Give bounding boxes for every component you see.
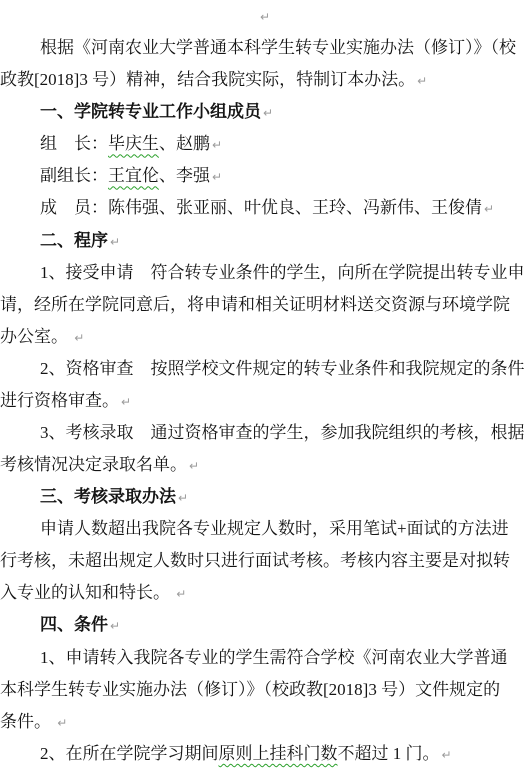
text-segment: 二、程序: [40, 231, 108, 250]
heading-line: 二、程序↵: [0, 225, 528, 257]
text-line: 政教[2018]3 号）精神，结合我院实际，特制订本办法。↵: [0, 64, 528, 96]
text-segment: 本科学生转专业实施办法（修订）》（校政教[2018]3 号）文件规定的: [0, 680, 500, 699]
text-line: 本科学生转专业实施办法（修订）》（校政教[2018]3 号）文件规定的: [0, 674, 528, 706]
text-segment: 考核情况决定录取名单。: [0, 455, 187, 474]
heading-line: 三、考核录取办法↵: [0, 481, 528, 513]
text-segment: 一、学院转专业工作小组成员: [40, 102, 261, 121]
paragraph-mark-icon: ↵: [108, 619, 120, 633]
text-segment: 2、在所在学院学习期间: [40, 744, 219, 763]
text-line: ↵: [0, 0, 528, 32]
text-segment: 、赵鹏: [159, 134, 210, 153]
text-segment: 四、条件: [40, 615, 108, 634]
text-segment: 条件。: [0, 712, 55, 731]
text-segment: 申请人数超出我院各专业规定人数时，采用笔试+面试的方法进: [40, 519, 509, 538]
text-line: 2、在所在学院学习期间原则上挂科门数不超过 1 门。↵: [0, 738, 528, 770]
text-line: 条件。 ↵: [0, 706, 528, 738]
heading-line: 四、条件↵: [0, 609, 528, 641]
text-line: 1、接受申请 符合转专业条件的学生，向所在学院提出转专业申: [0, 257, 528, 289]
paragraph-mark-icon: ↵: [482, 202, 494, 216]
text-segment: 行考核，未超出规定人数时只进行面试考核。考核内容主要是对拟转: [0, 551, 510, 570]
paragraph-mark-icon: ↵: [187, 459, 199, 473]
paragraph-mark-icon: ↵: [210, 170, 222, 184]
text-line: 请，经所在学院同意后，将申请和相关证明材料送交资源与环境学院: [0, 289, 528, 321]
text-line: 成 员：陈伟强、张亚丽、叶优良、王玲、冯新伟、王俊倩↵: [0, 192, 528, 224]
paragraph-mark-icon: ↵: [261, 106, 273, 120]
text-segment: 进行资格审查。: [0, 391, 119, 410]
text-line: 副组长：王宜伦、李强↵: [0, 160, 528, 192]
text-line: 1、申请转入我院各专业的学生需符合学校《河南农业大学普通: [0, 642, 528, 674]
paragraph-mark-icon: ↵: [210, 138, 222, 152]
text-line: 组 长：毕庆生、赵鹏↵: [0, 128, 528, 160]
text-segment: 不超过 1 门。: [338, 744, 440, 763]
text-line: 入专业的认知和特长。 ↵: [0, 577, 528, 609]
text-segment: 、李强: [159, 166, 210, 185]
text-segment: 组 长：: [40, 134, 108, 153]
text-segment: 成 员：陈伟强、张亚丽、叶优良、王玲、冯新伟、王俊倩: [40, 198, 482, 217]
paragraph-mark-icon: ↵: [440, 748, 452, 762]
text-segment: 政教[2018]3 号）精神，结合我院实际，特制订本办法。: [0, 70, 415, 89]
heading-line: 一、学院转专业工作小组成员↵: [0, 96, 528, 128]
word-document-page[interactable]: ↵根据《河南农业大学普通本科学生转专业实施办法（修订）》（校政教[2018]3 …: [0, 0, 528, 770]
text-line: 2、资格审查 按照学校文件规定的转专业条件和我院规定的条件: [0, 353, 528, 385]
text-segment: 入专业的认知和特长。: [0, 583, 174, 602]
paragraph-mark-icon: ↵: [176, 491, 188, 505]
paragraph-mark-icon: ↵: [108, 235, 120, 249]
spellcheck-flagged-text: 毕庆生: [108, 134, 159, 153]
paragraph-mark-icon: ↵: [72, 331, 84, 345]
paragraph-mark-icon: ↵: [119, 395, 131, 409]
text-segment: 办公室。: [0, 327, 72, 346]
text-segment: 1、申请转入我院各专业的学生需符合学校《河南农业大学普通: [40, 648, 508, 667]
text-line: 行考核，未超出规定人数时只进行面试考核。考核内容主要是对拟转: [0, 545, 528, 577]
text-line: 根据《河南农业大学普通本科学生转专业实施办法（修订）》（校: [0, 32, 528, 64]
text-line: 申请人数超出我院各专业规定人数时，采用笔试+面试的方法进: [0, 513, 528, 545]
text-segment: 请，经所在学院同意后，将申请和相关证明材料送交资源与环境学院: [0, 295, 510, 314]
text-line: 考核情况决定录取名单。↵: [0, 449, 528, 481]
paragraph-mark-icon: ↵: [174, 587, 186, 601]
text-line: 进行资格审查。↵: [0, 385, 528, 417]
paragraph-mark-icon: ↵: [55, 716, 67, 730]
text-segment: 根据《河南农业大学普通本科学生转专业实施办法（修订）》（校: [40, 38, 516, 57]
text-segment: 三、考核录取办法: [40, 487, 176, 506]
spellcheck-flagged-text: 原则上挂科门数: [219, 744, 338, 763]
paragraph-mark-icon: ↵: [258, 10, 270, 24]
text-segment: 3、考核录取 通过资格审查的学生，参加我院组织的考核，根据: [40, 423, 525, 442]
text-line: 3、考核录取 通过资格审查的学生，参加我院组织的考核，根据: [0, 417, 528, 449]
text-segment: 2、资格审查 按照学校文件规定的转专业条件和我院规定的条件: [40, 359, 525, 378]
text-line: 办公室。 ↵: [0, 321, 528, 353]
spellcheck-flagged-text: 王宜伦: [108, 166, 159, 185]
paragraph-mark-icon: ↵: [415, 74, 427, 88]
text-segment: 副组长：: [40, 166, 108, 185]
text-segment: 1、接受申请 符合转专业条件的学生，向所在学院提出转专业申: [40, 263, 525, 282]
